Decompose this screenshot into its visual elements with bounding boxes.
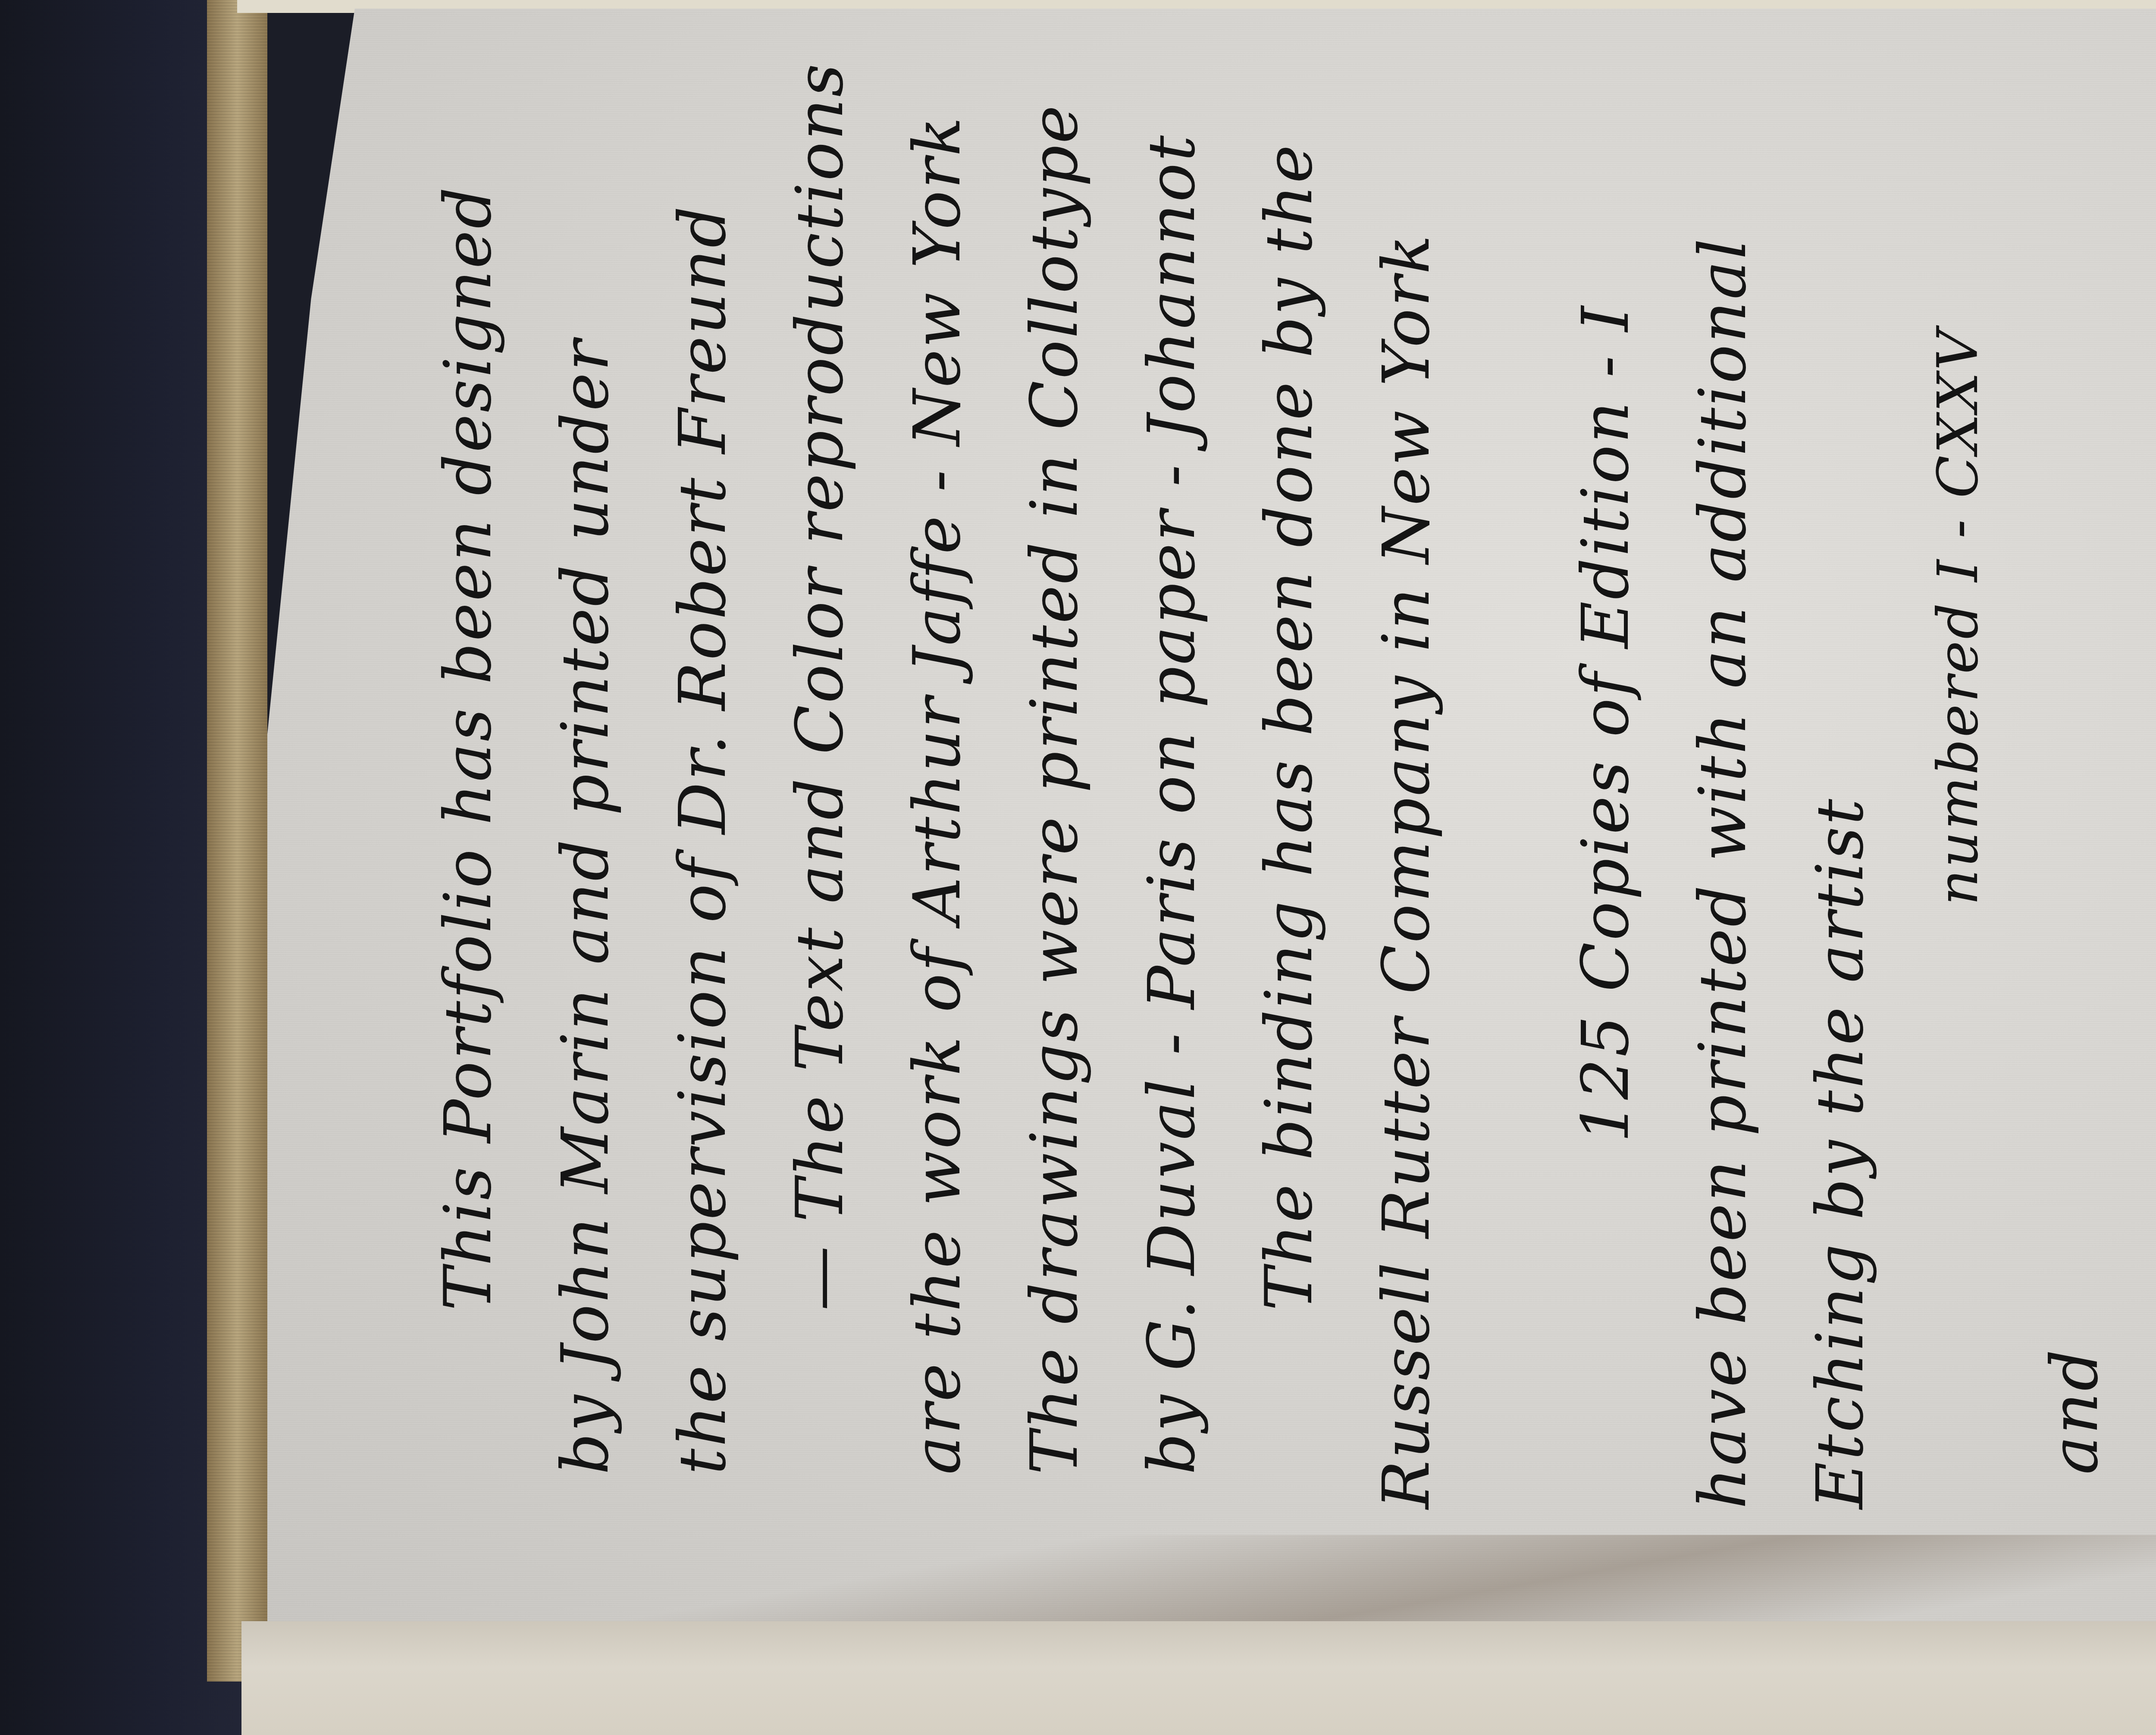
- colophon-text: This Portfolio has been designed by John…: [410, 86, 2156, 1638]
- colophon-line: 125 Copies of Edition - I: [1547, 86, 1664, 1638]
- photo-scene: This Portfolio has been designed by John…: [0, 0, 2156, 1735]
- colophon-line: — The Text and Color reproductions: [761, 86, 879, 1638]
- colophon-line: the supervision of Dr. Robert Freund: [644, 86, 761, 1638]
- colophon-line: have been printed with an additional: [1664, 86, 1782, 1638]
- colophon-line: This Portfolio has been designed: [410, 86, 527, 1638]
- handwritten-text-rotated: This Portfolio has been designed by John…: [410, 86, 2156, 1638]
- colophon-line: are the work of Arthur Jaffe - New York: [879, 86, 996, 1638]
- linen-hinge-strip: [207, 0, 267, 1682]
- colophon-line: 300 Copies of Edition II: [2134, 86, 2156, 1638]
- colophon-line: numbered I - CXXV: [1899, 86, 2016, 1638]
- colophon-line: by John Marin and printed under: [527, 86, 644, 1638]
- colophon-line: Russell Rutter Company in New York: [1348, 86, 1465, 1638]
- colophon-line: and: [2016, 86, 2134, 1638]
- colophon-line: by G. Duval - Paris on paper - Johannot: [1113, 86, 1231, 1638]
- colophon-line: The binding has been done by the: [1231, 86, 1348, 1638]
- colophon-line: The drawings were printed in Collotype: [996, 86, 1113, 1638]
- colophon-line: Etching by the artist: [1782, 86, 1899, 1638]
